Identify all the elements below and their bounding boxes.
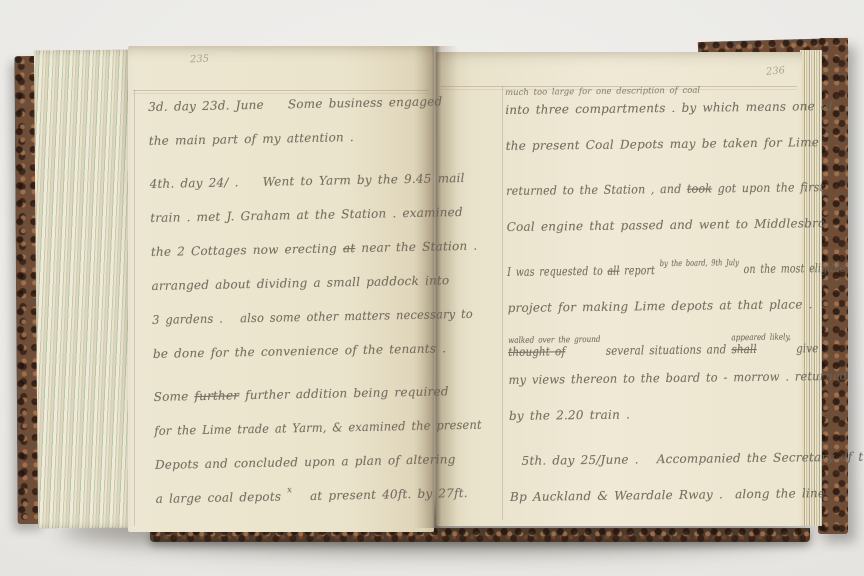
- handwritten-line: Some further further addition being requ…: [154, 384, 439, 423]
- right-page-number: 236: [766, 65, 786, 78]
- handwritten-line: Bp Auckland & Weardale Rway . along the …: [510, 486, 807, 526]
- left-page-handwriting: 3d. day 23d. June Some business engagedt…: [148, 95, 440, 526]
- photo-of-open-diary: 235 236 3d. day 23d. June Some business …: [0, 0, 864, 576]
- handwritten-line: Coal engine that passed and went to Midd…: [507, 216, 804, 256]
- handwritten-line: by the 2.20 train .: [509, 405, 806, 445]
- handwritten-line: returned to the Station , and took got u…: [506, 181, 780, 220]
- left-page-number: 235: [190, 54, 209, 66]
- handwritten-line: the present Coal Depots may be taken for…: [506, 135, 803, 175]
- handwritten-line: 4th. day 24/ . Went to Yarm by the 9.45 …: [149, 172, 434, 211]
- interlinear-insertion: walked over the groundthought of: [508, 336, 601, 359]
- handwritten-line: a large coal depots x at present 40ft. b…: [156, 486, 441, 525]
- page-edge-stack-left: [34, 50, 136, 529]
- handwritten-line: train . met J. Graham at the Station . e…: [150, 206, 435, 245]
- handwritten-line: be done for the convenience of the tenan…: [153, 342, 438, 381]
- handwritten-line: walked over the groundthought of several…: [508, 334, 761, 373]
- right-page-margin-rule: [502, 86, 503, 520]
- handwritten-line: Depots and concluded upon a plan of alte…: [155, 452, 440, 491]
- left-page-margin-rule: [134, 90, 135, 526]
- handwritten-line: 3 gardens . also some other matters nece…: [152, 308, 422, 347]
- handwritten-line: into three compartments . by which means…: [505, 99, 802, 139]
- handwritten-line: I was requested to all report by the boa…: [507, 262, 739, 301]
- handwritten-line: project for making Lime depots at that p…: [508, 297, 805, 337]
- handwritten-line: the 2 Cottages now erecting at near the …: [151, 240, 436, 279]
- left-page-head-rule-2: [133, 93, 429, 94]
- handwritten-line: arranged about dividing a small paddock …: [151, 274, 436, 313]
- handwritten-line: my views thereon to the board to - morro…: [508, 370, 791, 409]
- handwritten-line: for the Lime trade at Yarm, & examined t…: [154, 419, 424, 458]
- handwritten-line: 5th. day 25/June . Accompanied the Secre…: [509, 450, 806, 490]
- handwritten-line: 3d. day 23d. June Some business engaged: [148, 95, 433, 134]
- right-page-handwriting: much too large for one description of co…: [505, 84, 807, 526]
- interlinear-insertion: appeared likely,shall: [731, 334, 791, 357]
- handwritten-line: the main part of my attention .: [149, 129, 434, 168]
- left-page-head-rule: [133, 90, 429, 91]
